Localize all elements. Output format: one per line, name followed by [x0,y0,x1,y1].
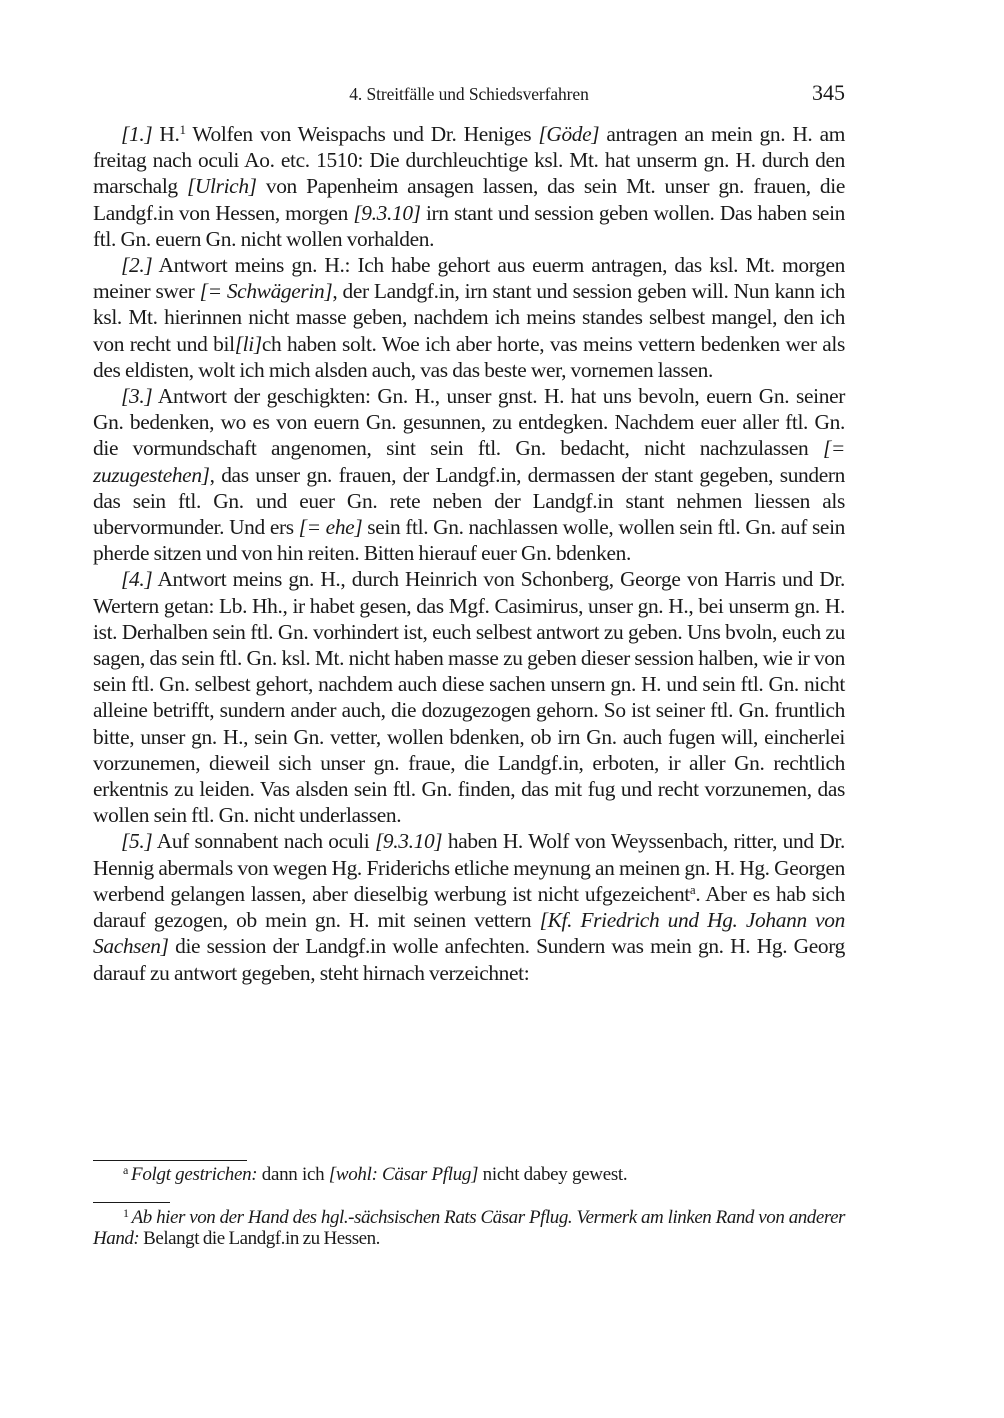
text-run: Wolfen von Weispachs und Dr. Heniges [186,122,539,146]
editorial-italic: [= ehe] [299,515,363,539]
editorial-italic: Folgt gestrichen: [131,1164,257,1185]
paragraph-4: [4.] Antwort meins gn. H., durch Heinric… [93,566,845,828]
main-text: [1.] H.1 Wolfen von Weispachs und Dr. He… [93,121,845,986]
text-run: nicht dabey gewest. [478,1164,627,1185]
paragraph-marker: [3.] [121,384,152,408]
editorial-italic: [= Schwägerin] [200,279,333,303]
editorial-italic: [9.3.10] [375,829,442,853]
footnote-textual-a: aFolgt gestrichen: dann ich [wohl: Cäsar… [93,1163,845,1187]
paragraph-marker: [2.] [121,253,152,277]
text-run: die session der Landgf.in wolle anfechte… [93,934,845,984]
editorial-italic: [Göde] [538,122,599,146]
paragraph-marker: [1.] [121,122,152,146]
running-head: 4. Streitfälle und Schiedsverfahren [93,84,845,105]
text-run: dann ich [257,1164,328,1185]
footnote-mark: 1 [123,1206,129,1220]
footnote-rule-numbered [93,1202,170,1203]
footnote-mark: a [123,1163,128,1177]
editorial-italic: [li] [235,332,262,356]
editorial-italic: [Ulrich] [187,174,257,198]
text-run: Auf sonnabent nach oculi [152,829,375,853]
paragraph-2: [2.] Antwort meins gn. H.: Ich habe geho… [93,252,845,383]
page-header: 4. Streitfälle und Schiedsverfahren 345 [93,80,845,108]
text-run: Belangt die Landgf.in zu Hessen. [139,1228,380,1249]
footnote-numbered-1: 1Ab hier von der Hand des hgl.-sächsisch… [93,1207,845,1249]
paragraph-marker: [4.] [121,567,152,591]
page-number: 345 [812,80,845,106]
paragraph-5: [5.] Auf sonnabent nach oculi [9.3.10] h… [93,828,845,985]
text-run: Antwort meins gn. H., durch Heinrich von… [93,567,845,827]
text-run: H. [152,122,179,146]
footnote-rule-textual [93,1160,247,1161]
editorial-italic: [wohl: Cäsar Pflug] [329,1164,479,1185]
paragraph-1: [1.] H.1 Wolfen von Weispachs und Dr. He… [93,121,845,252]
paragraph-marker: [5.] [121,829,152,853]
editorial-italic: [9.3.10] [353,201,420,225]
text-run: Antwort der geschigkten: Gn. H., unser g… [93,384,845,460]
paragraph-3: [3.] Antwort der geschigkten: Gn. H., un… [93,383,845,566]
